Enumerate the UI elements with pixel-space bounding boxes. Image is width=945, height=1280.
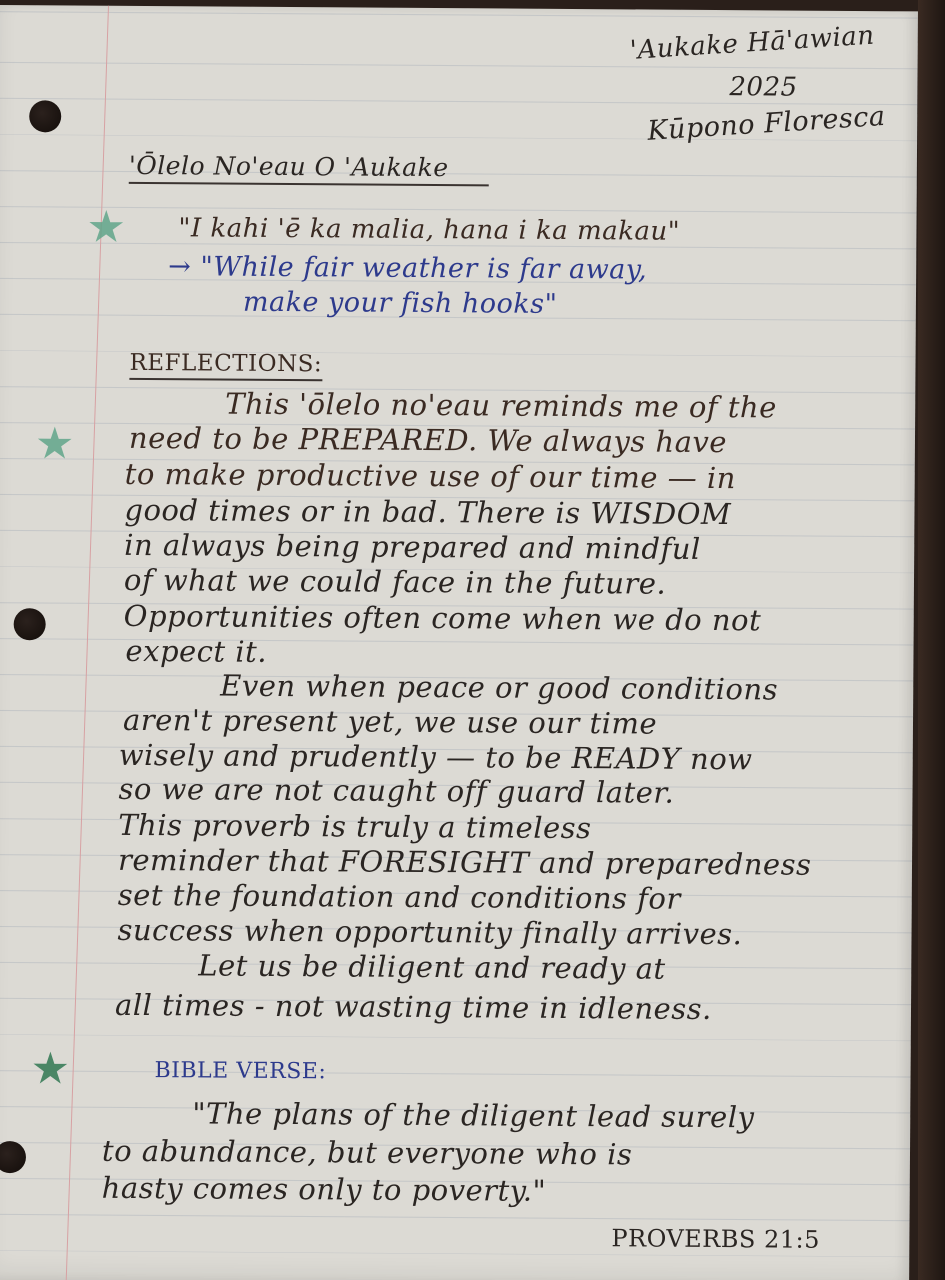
reflection-line: Even when peace or good conditions <box>220 669 778 707</box>
header-author: Kūpono Floresca <box>646 101 886 147</box>
reflections-heading: REFLECTIONS: <box>129 350 322 381</box>
reflection-line: in always being prepared and mindful <box>124 528 701 566</box>
proverb-translation-1: → "While fair weather is far away, <box>168 251 647 285</box>
reflection-line: good times or in bad. There is WISDOM <box>124 493 731 531</box>
reflection-line: This 'ōlelo no'eau reminds me of the <box>225 387 777 425</box>
star-icon: ★ <box>86 206 126 250</box>
reflection-line: need to be PREPARED. We always have <box>129 421 727 459</box>
reflection-line: of what we could face in the future. <box>124 563 666 601</box>
bible-line: to abundance, but everyone who is <box>102 1134 633 1172</box>
binder-hole-bottom <box>0 1141 26 1173</box>
star-icon: ★ <box>35 422 75 466</box>
binder-hole-middle <box>14 608 46 640</box>
page-title: 'Ōlelo No'eau O 'Aukake <box>129 151 489 187</box>
margin-line <box>66 6 109 1280</box>
bible-reference: PROVERBS 21:5 <box>611 1224 820 1253</box>
reflection-line: aren't present yet, we use our time <box>123 703 657 741</box>
reflection-line: all times - not wasting time in idleness… <box>115 988 712 1026</box>
bible-heading: BIBLE VERSE: <box>154 1058 326 1084</box>
table-surface <box>918 0 945 1280</box>
reflection-line: wisely and prudently — to be READY now <box>119 738 753 776</box>
reflection-line: success when opportunity finally arrives… <box>117 913 742 951</box>
notebook-paper: ★ ★ ★ 'Aukake Hā'awian 2025 Kūpono Flore… <box>0 5 918 1280</box>
reflection-line: reminder that FORESIGHT and preparedness <box>118 843 812 882</box>
header-event: 'Aukake Hā'awian <box>629 21 875 66</box>
reflection-line: expect it. <box>125 634 267 669</box>
reflection-line: set the foundation and conditions for <box>118 878 681 916</box>
header-year: 2025 <box>729 72 797 102</box>
bible-line: "The plans of the diligent lead surely <box>192 1096 754 1134</box>
proverb-translation-2: make your fish hooks" <box>243 287 558 320</box>
reflection-line: This proverb is truly a timeless <box>118 808 591 845</box>
reflection-line: Let us be diligent and ready at <box>198 948 666 985</box>
reflection-line: so we are not caught off guard later. <box>118 772 674 810</box>
proverb-hawaiian: "I kahi 'ē ka malia, hana i ka makau" <box>178 213 680 247</box>
star-icon: ★ <box>30 1047 70 1091</box>
reflection-line: Opportunities often come when we do not <box>124 599 762 637</box>
binder-hole-top <box>29 100 61 132</box>
bible-line: hasty comes only to poverty." <box>102 1171 547 1208</box>
reflection-line: to make productive use of our time — in <box>125 457 736 495</box>
